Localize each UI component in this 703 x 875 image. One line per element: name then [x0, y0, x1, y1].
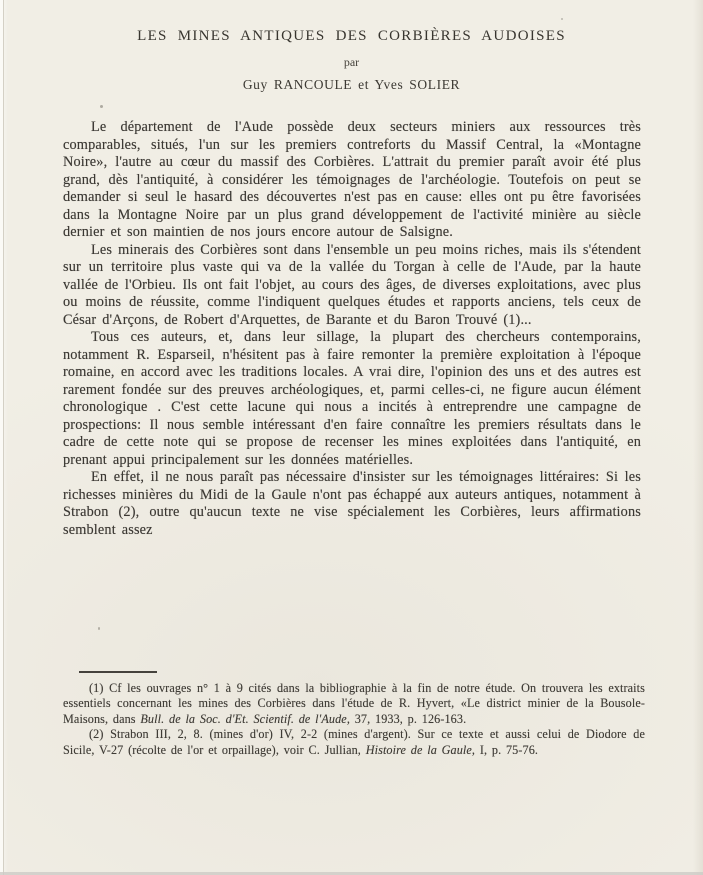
scan-left-edge	[0, 0, 4, 875]
article-header: LES MINES ANTIQUES DES CORBIÈRES AUDOISE…	[0, 28, 703, 93]
footnote-1-citation: Bull. de la Soc. d'Et. Scientif. de l'Au…	[140, 712, 350, 726]
byline: par	[0, 55, 703, 70]
scanned-page: LES MINES ANTIQUES DES CORBIÈRES AUDOISE…	[0, 0, 703, 875]
body-text: Le département de l'Aude possède deux se…	[63, 119, 641, 539]
body-paragraph-3: Tous ces auteurs, et, dans leur sillage,…	[63, 329, 641, 469]
body-paragraph-2: Les minerais des Corbières sont dans l'e…	[63, 242, 641, 330]
footnote-2-pages: I, p. 75-76.	[475, 743, 538, 757]
footnote-1-pages: 37, 1933, p. 126-163.	[350, 712, 466, 726]
footnote-separator	[79, 671, 157, 673]
scan-speck	[100, 105, 103, 108]
footnote-2-citation: Histoire de la Gaule,	[366, 743, 475, 757]
footnote-2-text: (2) Strabon III, 2, 8. (mines d'or) IV, …	[63, 727, 645, 756]
body-paragraph-4: En effet, il ne nous paraît pas nécessai…	[63, 469, 641, 539]
scan-speck	[98, 627, 100, 630]
footnote-1: (1) Cf les ouvrages n° 1 à 9 cités dans …	[63, 681, 645, 727]
article-title: LES MINES ANTIQUES DES CORBIÈRES AUDOISE…	[0, 28, 703, 45]
body-paragraph-1: Le département de l'Aude possède deux se…	[63, 119, 641, 242]
footnote-2: (2) Strabon III, 2, 8. (mines d'or) IV, …	[63, 727, 645, 758]
scan-speck	[561, 18, 563, 20]
authors-line: Guy RANCOULE et Yves SOLIER	[0, 77, 703, 93]
footnotes: (1) Cf les ouvrages n° 1 à 9 cités dans …	[63, 681, 645, 758]
